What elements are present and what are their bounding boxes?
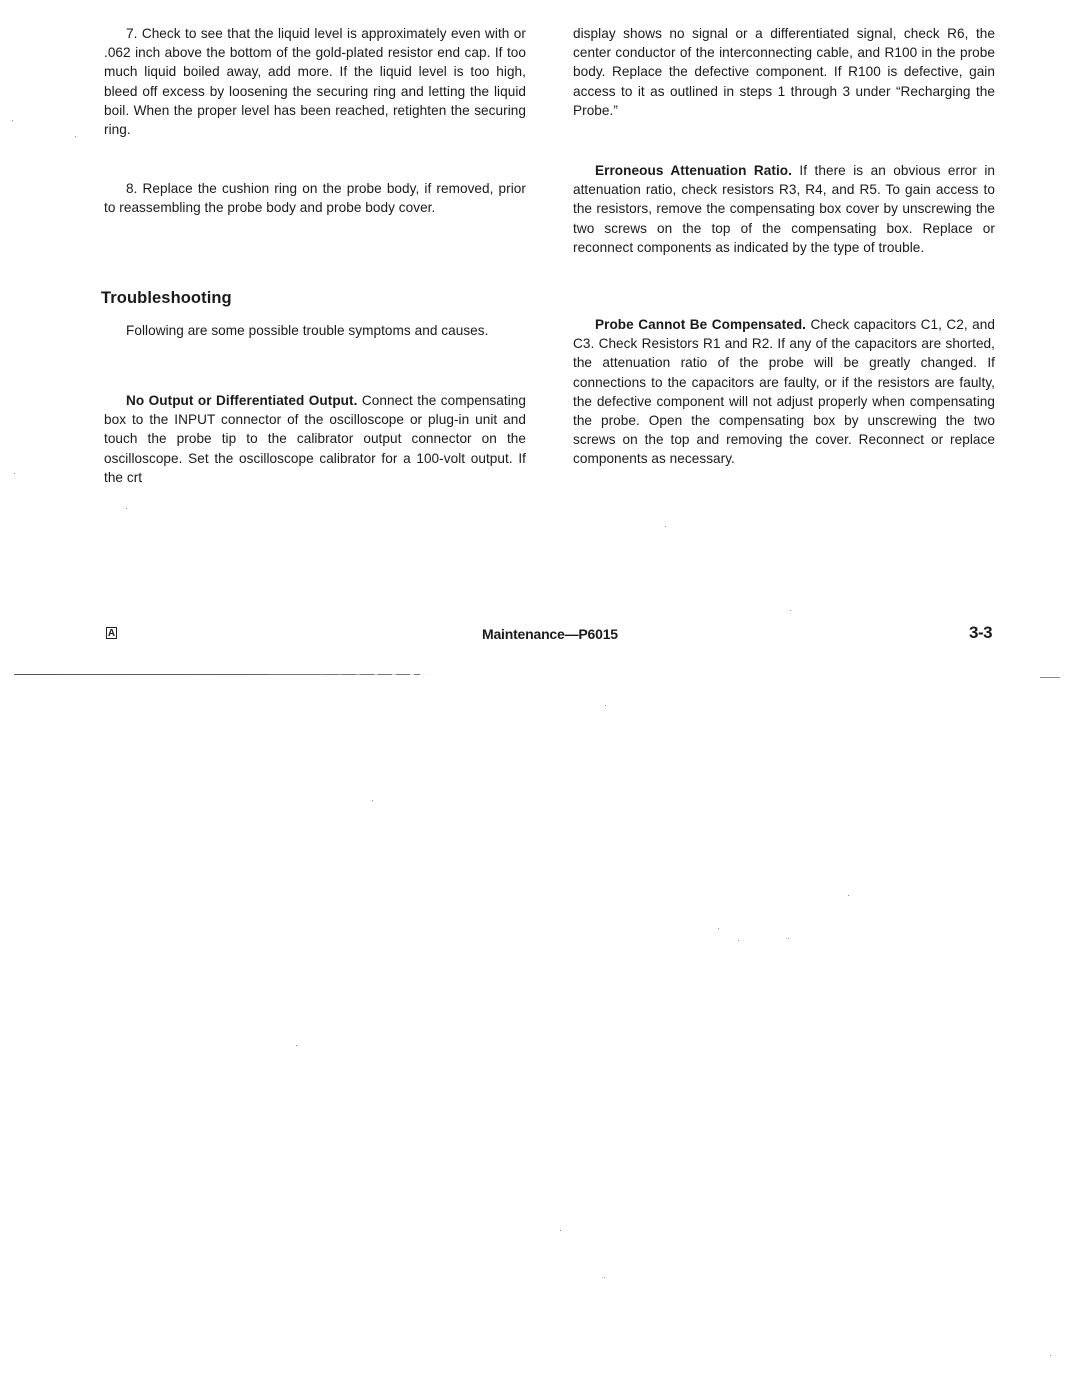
no-output-title: No Output or Differentiated Output. <box>126 393 357 408</box>
scan-speck <box>1050 1355 1051 1356</box>
scan-speck <box>665 526 666 527</box>
cannot-compensate-paragraph: Probe Cannot Be Compensated. Check capac… <box>573 315 995 469</box>
scan-speck <box>738 940 739 941</box>
scan-speck <box>604 1277 605 1278</box>
scan-speck <box>296 1045 297 1046</box>
continuation-paragraph: display shows no signal or a differentia… <box>573 24 995 120</box>
step-8-text: 8. Replace the cushion ring on the probe… <box>104 179 526 217</box>
scan-speck <box>126 508 127 509</box>
footer-title: Maintenance—P6015 <box>482 626 618 642</box>
scan-speck <box>718 928 719 929</box>
continuation-text: display shows no signal or a differentia… <box>573 24 995 120</box>
scan-speck <box>790 610 791 611</box>
scan-speck <box>560 1230 561 1231</box>
scan-speck <box>75 136 76 137</box>
scan-speck <box>605 705 606 706</box>
step-7-text: 7. Check to see that the liquid level is… <box>104 24 526 139</box>
intro-text: Following are some possible trouble symp… <box>104 321 526 340</box>
erroneous-ratio-section: Erroneous Attenuation Ratio. If there is… <box>573 161 995 257</box>
footer-rule-segment <box>270 674 420 675</box>
section-heading-troubleshooting: Troubleshooting <box>101 289 232 308</box>
scan-speck <box>12 120 13 121</box>
step-8-paragraph: 8. Replace the cushion ring on the probe… <box>104 179 526 217</box>
revision-badge: A <box>106 627 117 639</box>
no-output-section: No Output or Differentiated Output. Conn… <box>104 391 526 487</box>
no-output-paragraph: No Output or Differentiated Output. Conn… <box>104 391 526 487</box>
scan-speck <box>788 938 789 939</box>
scan-speck <box>372 800 373 801</box>
erroneous-ratio-paragraph: Erroneous Attenuation Ratio. If there is… <box>573 161 995 257</box>
scan-speck <box>14 473 15 474</box>
footer-rule-fragment <box>1040 677 1060 678</box>
cannot-compensate-body: Check capacitors C1, C2, and C3. Check R… <box>573 317 995 466</box>
erroneous-ratio-title: Erroneous Attenuation Ratio. <box>595 163 792 178</box>
step-7-paragraph: 7. Check to see that the liquid level is… <box>104 24 526 139</box>
troubleshooting-intro: Following are some possible trouble symp… <box>104 321 526 340</box>
scan-speck <box>848 895 849 896</box>
cannot-compensate-title: Probe Cannot Be Compensated. <box>595 317 806 332</box>
cannot-compensate-section: Probe Cannot Be Compensated. Check capac… <box>573 315 995 469</box>
page-number: 3-3 <box>969 623 992 643</box>
